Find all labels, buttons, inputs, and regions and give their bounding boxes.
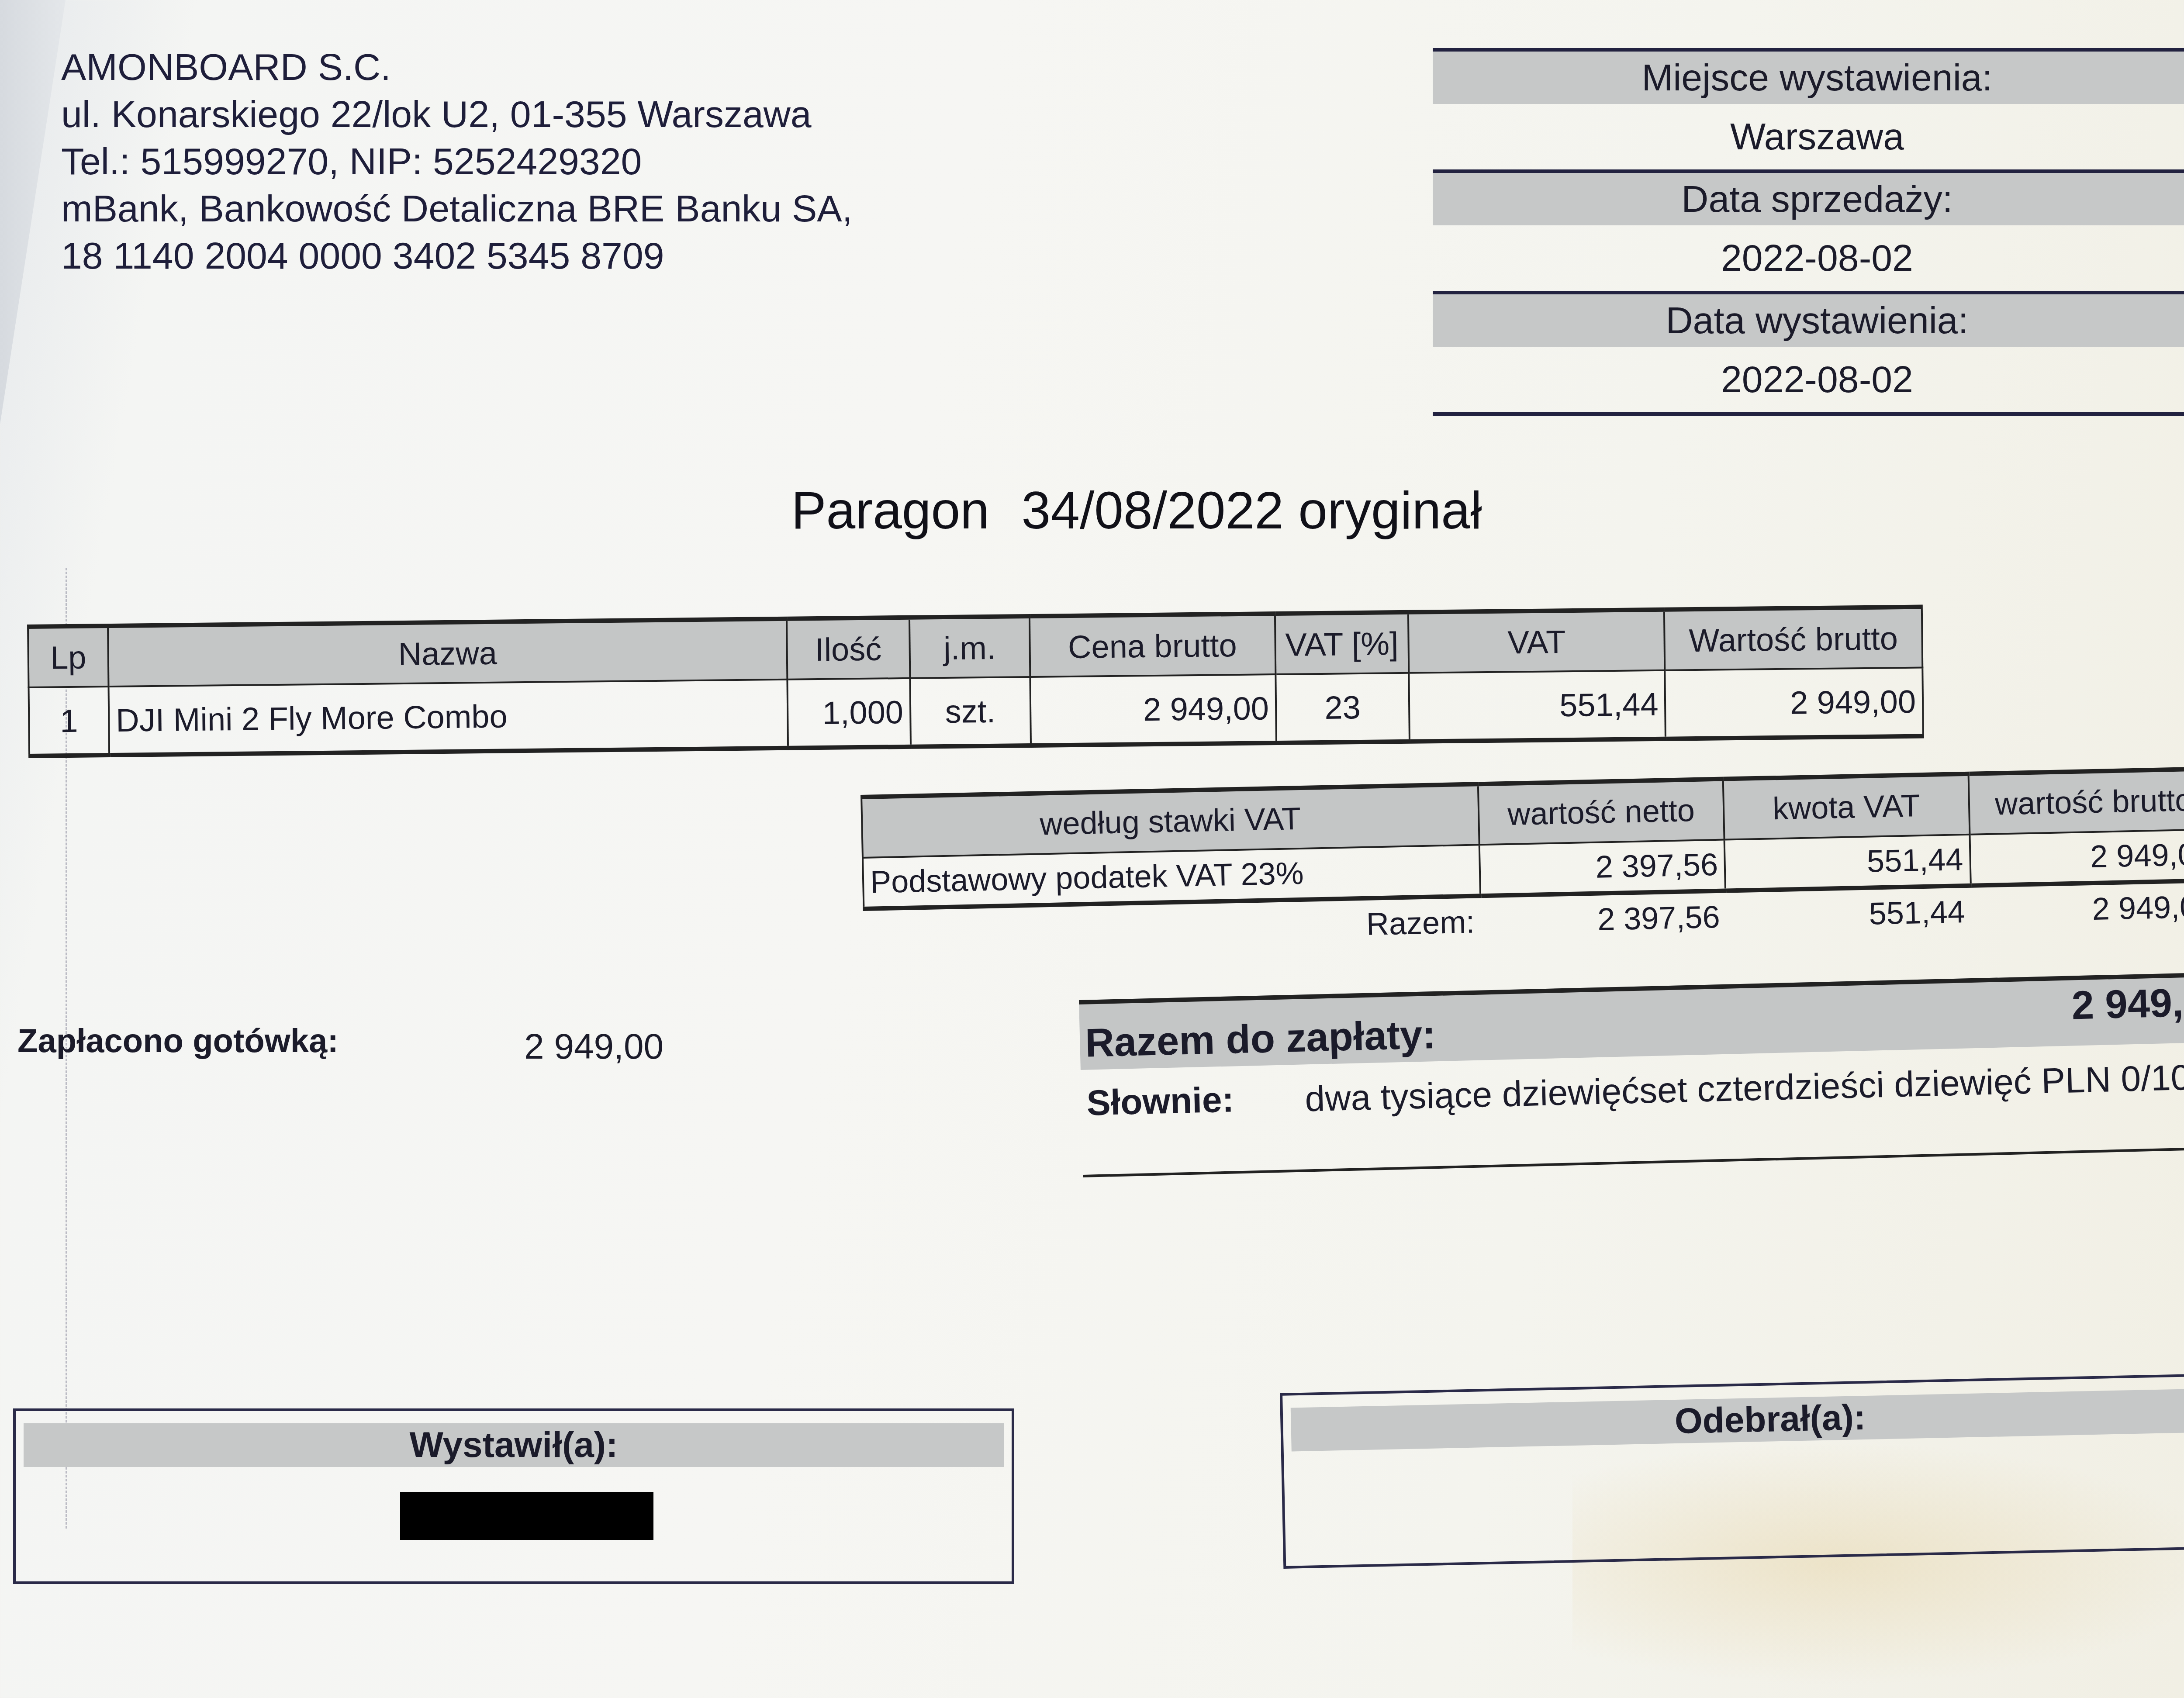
vat-total-vat: 551,44: [1725, 886, 1972, 941]
seller-info: AMONBOARD S.C. ul. Konarskiego 22/lok U2…: [61, 44, 853, 280]
issue-date-label: Data wystawienia:: [1433, 291, 2184, 347]
page-title: Paragon 34/08/2022 oryginał: [0, 480, 2184, 541]
place-label: Miejsce wystawienia:: [1433, 48, 2184, 104]
issued-by-label: Wystawił(a):: [24, 1423, 1004, 1467]
redacted-name: [400, 1492, 653, 1540]
cell-vat: 551,44: [1409, 670, 1666, 742]
col-unit: j.m.: [909, 616, 1030, 678]
paid-label: Zapłacono gotówką:: [17, 1022, 339, 1060]
total-section: Razem do zapłaty: 2 949,00 Słownie: dwa …: [1079, 972, 2184, 1177]
col-vat: VAT: [1408, 610, 1665, 673]
vat-total-gross: 2 949,00: [1971, 880, 2184, 936]
col-lp: Lp: [28, 626, 108, 687]
seller-contact: Tel.: 515999270, NIP: 5252429320: [61, 138, 853, 185]
col-value-gross: Wartość brutto: [1664, 607, 1922, 670]
issue-date-value: 2022-08-02: [1433, 347, 2184, 412]
cell-unit: szt.: [910, 677, 1031, 747]
col-gross: wartość brutto: [1968, 769, 2184, 835]
cell-vat-rate: 23: [1275, 673, 1410, 743]
seller-account: 18 1140 2004 0000 3402 5345 8709: [61, 232, 853, 280]
document-number: 34/08/2022 oryginał: [1021, 481, 1482, 540]
items-table: Lp Nazwa Ilość j.m. Cena brutto VAT [%] …: [27, 605, 1924, 758]
col-name: Nazwa: [108, 619, 788, 687]
col-price-gross: Cena brutto: [1030, 614, 1276, 677]
issued-by-box: Wystawił(a):: [13, 1408, 1014, 1584]
cell-qty: 1,000: [788, 678, 911, 748]
total-value: 2 949,00: [2071, 979, 2184, 1029]
cell-price-gross: 2 949,00: [1030, 674, 1276, 745]
meta-divider: [1433, 412, 2184, 416]
cell-lp: 1: [29, 687, 110, 756]
total-bar: Razem do zapłaty: 2 949,00: [1079, 972, 2184, 1070]
cell-vat-amount: 551,44: [1724, 835, 1971, 891]
seller-address: ul. Konarskiego 22/lok U2, 01-355 Warsza…: [61, 91, 853, 138]
sale-date-label: Data sprzedaży:: [1433, 169, 2184, 225]
cell-gross: 2 949,00: [1970, 829, 2184, 886]
cell-value-gross: 2 949,00: [1665, 668, 1923, 739]
cell-name: DJI Mini 2 Fly More Combo: [108, 680, 788, 755]
document-meta: Miejsce wystawienia: Warszawa Data sprze…: [1433, 48, 2184, 416]
words-label: Słownie:: [1081, 1077, 1306, 1126]
seller-name: AMONBOARD S.C.: [61, 44, 853, 91]
place-value: Warszawa: [1433, 104, 2184, 169]
col-net: wartość netto: [1478, 779, 1724, 845]
received-by-box: Odebrał(a):: [1280, 1373, 2184, 1569]
cell-net: 2 397,56: [1479, 840, 1725, 896]
received-by-label: Odebrał(a):: [1291, 1388, 2184, 1452]
col-qty: Ilość: [787, 618, 910, 680]
paid-value: 2 949,00: [524, 1026, 663, 1067]
total-label: Razem do zapłaty:: [1085, 1012, 1436, 1066]
vat-summary-table: według stawki VAT wartość netto kwota VA…: [860, 766, 2184, 959]
col-vat-amount: kwota VAT: [1723, 774, 1970, 840]
vat-total-net: 2 397,56: [1480, 891, 1727, 946]
words-value: dwa tysiące dziewięćset czterdzieści dzi…: [1304, 1055, 2184, 1121]
col-vat-rate: VAT [%]: [1275, 612, 1409, 674]
sale-date-value: 2022-08-02: [1433, 225, 2184, 291]
total-divider: [1083, 1146, 2184, 1177]
document-type: Paragon: [791, 481, 989, 540]
seller-bank: mBank, Bankowość Detaliczna BRE Banku SA…: [61, 185, 853, 232]
